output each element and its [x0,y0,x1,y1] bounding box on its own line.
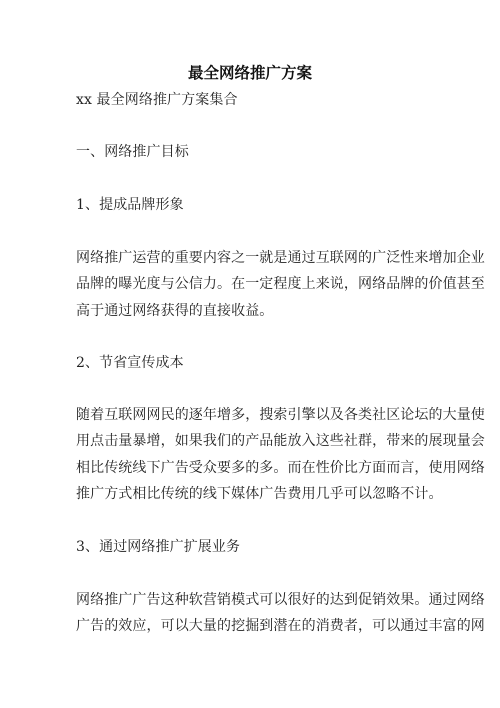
section-heading-cost: 2、节省宣传成本 [76,350,421,376]
document-title: 最全网络推广方案 [0,60,500,86]
paragraph-line: 推广方式相比传统的线下媒体广告费用几乎可以忽略不计。 [76,481,421,507]
paragraph-line: 随着互联网网民的逐年增多，搜索引擎以及各类社区论坛的大量使 [76,402,421,428]
section-heading-brand: 1、提成品牌形象 [76,192,421,218]
document-subtitle: xx 最全网络推广方案集合 [76,87,421,113]
paragraph-line: 网络推广运营的重要内容之一就是通过互联网的广泛性来增加企业 [76,245,421,271]
paragraph-line: 用点击量暴增，如果我们的产品能放入这些社群，带来的展现量会 [76,428,421,454]
paragraph-line: 相比传统线下广告受众要多的多。而在性价比方面而言，使用网络 [76,455,421,481]
document-page: 最全网络推广方案 xx 最全网络推广方案集合 一、网络推广目标 1、提成品牌形象… [0,0,500,708]
paragraph-line: 高于通过网络获得的直接收益。 [76,298,421,324]
paragraph-line: 网络推广广告这种软营销模式可以很好的达到促销效果。通过网络 [76,587,421,613]
paragraph-line: 品牌的曝光度与公信力。在一定程度上来说，网络品牌的价值甚至 [76,271,421,297]
section-heading-goals: 一、网络推广目标 [76,139,421,165]
paragraph-line: 广告的效应，可以大量的挖掘到潜在的消费者，可以通过丰富的网 [76,613,421,639]
section-heading-business: 3、通过网络推广扩展业务 [76,534,421,560]
